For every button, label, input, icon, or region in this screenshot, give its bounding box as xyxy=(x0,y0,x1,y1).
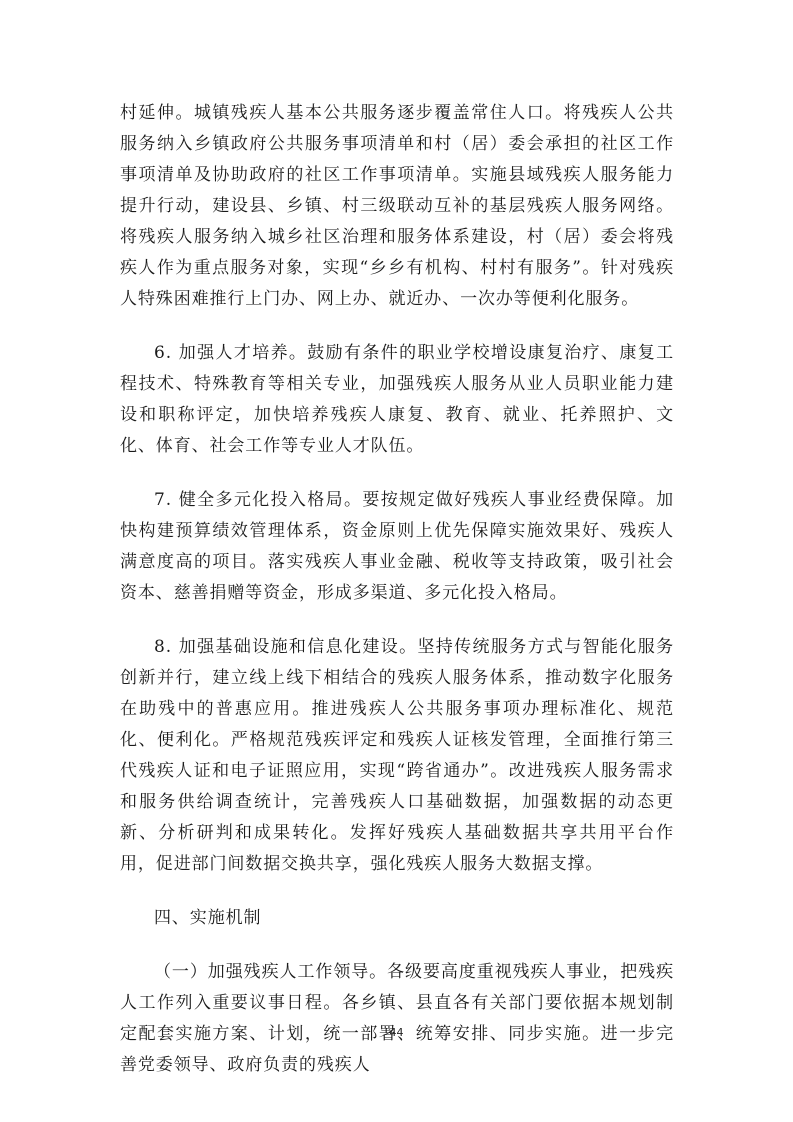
paragraph-gap xyxy=(120,609,674,632)
paragraph-talent-training: 6. 加强人才培养。鼓励有条件的职业学校增设康复治疗、康复工程技术、特殊教育等相… xyxy=(120,338,674,462)
paragraph-diversified-investment: 7. 健全多元化投入格局。要按规定做好残疾人事业经费保障。加快构建预算绩效管理体… xyxy=(120,485,674,609)
paragraph-gap xyxy=(120,934,674,957)
paragraph-leadership: （一）加强残疾人工作领导。各级要高度重视残疾人事业，把残疾人工作列入重要议事日程… xyxy=(120,957,674,1081)
paragraph-infrastructure-informatization: 8. 加强基础设施和信息化建设。坚持传统服务方式与智能化服务创新并行，建立线上线… xyxy=(120,632,674,880)
paragraph-service-network: 村延伸。城镇残疾人基本公共服务逐步覆盖常住人口。将残疾人公共服务纳入乡镇政府公共… xyxy=(120,98,674,315)
document-body: 村延伸。城镇残疾人基本公共服务逐步覆盖常住人口。将残疾人公共服务纳入乡镇政府公共… xyxy=(120,98,674,1081)
section-heading-implementation: 四、实施机制 xyxy=(120,903,674,934)
paragraph-gap xyxy=(120,880,674,903)
paragraph-gap xyxy=(120,315,674,338)
paragraph-gap xyxy=(120,462,674,485)
page-number: 44 xyxy=(0,1026,793,1039)
